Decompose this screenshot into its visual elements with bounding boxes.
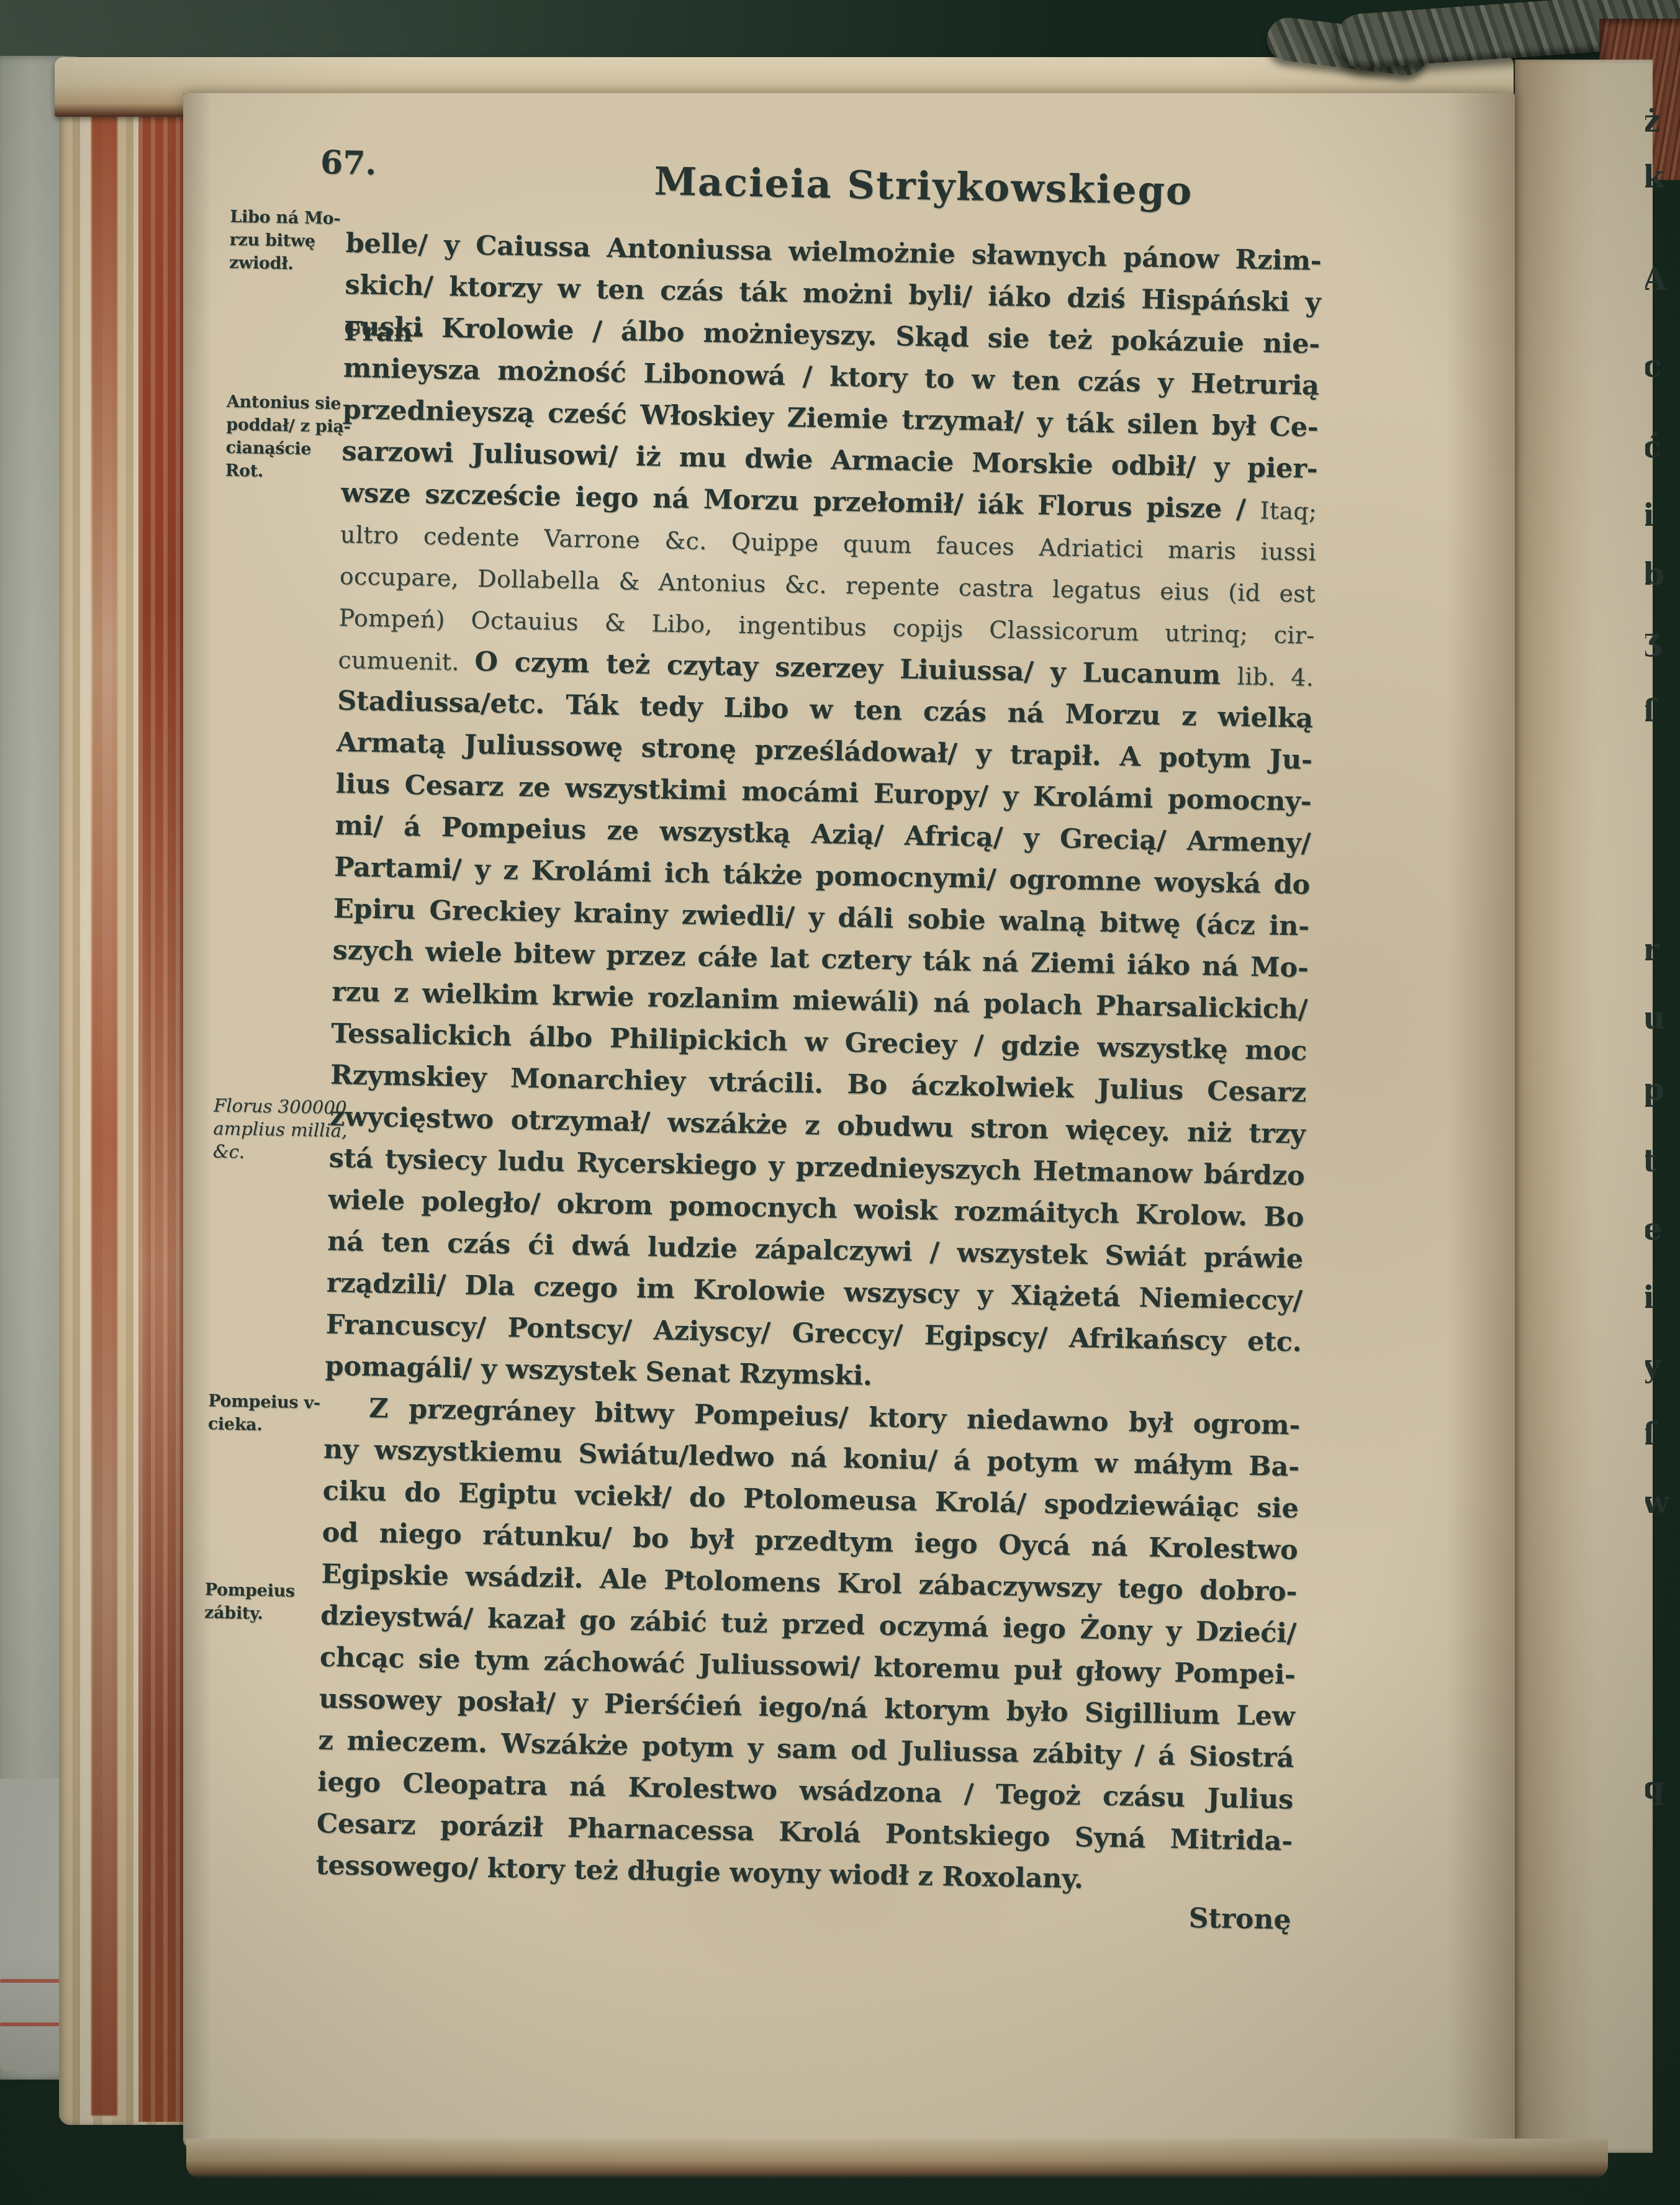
page-bottom-edge — [186, 2139, 1608, 2178]
facing-page-letter-fragment: ʒ — [1645, 621, 1660, 657]
marginal-note: Pompeiuszábity. — [204, 1578, 322, 1626]
marginal-note-line: Antonius sie — [227, 390, 344, 415]
running-header: Macieia Striykowskiego — [654, 158, 1193, 214]
facing-page-letter-fragment: i — [1645, 1279, 1655, 1315]
marginal-note-line: zábity. — [204, 1601, 322, 1626]
page: 67. Macieia Striykowskiego Libo ná Mo-rz… — [183, 93, 1515, 2148]
marginal-note-line: amplius millia, — [213, 1117, 330, 1142]
facing-page-letter-fragment: p — [1645, 1071, 1664, 1107]
facing-page-sliver — [1515, 60, 1653, 2153]
blackletter-text-segment: pomagáli/ y wszystek Senat Rzymski. — [325, 1351, 872, 1392]
marginal-note-line: Florus 300000 — [214, 1094, 331, 1119]
facing-page-letter-fragment: e — [1645, 1211, 1663, 1247]
latin-text-segment: lib. 4. — [1237, 663, 1314, 692]
marginal-note: Florus 300000amplius millia,&c. — [213, 1094, 331, 1165]
facing-page-letter-fragment: ſ — [1645, 1415, 1656, 1452]
marginal-note-line: Libo ná Mo- — [230, 205, 347, 230]
marginal-note: Pompeius v-cieka. — [207, 1389, 325, 1437]
facing-page-letter-fragment: t — [1645, 1142, 1657, 1179]
facing-page-text-fragments: żkAcćibʒſrupteiyſwq — [1645, 59, 1680, 2126]
facing-page-letter-fragment: q — [1645, 1769, 1664, 1806]
marginal-note: Antonius siepoddał/ z pią-cianąścieRot. — [225, 390, 344, 484]
facing-page-letter-fragment: u — [1645, 999, 1665, 1036]
facing-page-letter-fragment: i — [1645, 497, 1655, 533]
book-scan: żkAcćibʒſrupteiyſwq 67. Macieia Striykow… — [0, 0, 1680, 2205]
facing-page-letter-fragment: ć — [1645, 428, 1661, 465]
marginal-note-line: zwiodł. — [229, 251, 346, 276]
facing-page-letter-fragment: ż — [1645, 102, 1660, 139]
marginal-note-line: cieka. — [207, 1412, 325, 1437]
body-text: belle/ y Caiussa Antoniussa wielmożnie s… — [315, 223, 1322, 1904]
facing-page-letter-fragment: ſ — [1645, 692, 1656, 729]
marginal-note: Libo ná Mo-rzu bitwęzwiodł. — [229, 205, 347, 276]
marginal-note-line: poddał/ z pią- — [226, 413, 343, 438]
page-number: 67. — [320, 143, 377, 183]
latin-text-segment: cumuenit. — [338, 646, 475, 676]
latin-text-segment: Itaq; — [1260, 497, 1317, 525]
marginal-note-line: rzu bitwę — [229, 228, 346, 253]
facing-page-letter-fragment: w — [1645, 1484, 1669, 1520]
edge-red-stain — [91, 86, 117, 2116]
cover-red-rule — [0, 1979, 67, 1983]
cover-red-rule — [0, 2022, 62, 2026]
facing-page-letter-fragment: b — [1645, 556, 1664, 592]
marginal-note-line: Pompeius v- — [208, 1389, 325, 1414]
printed-content: 67. Macieia Striykowskiego Libo ná Mo-rz… — [146, 92, 1515, 2171]
marginal-note-line: &c. — [213, 1140, 330, 1165]
marginal-note-line: cianąście — [225, 436, 343, 461]
facing-page-letter-fragment: A — [1645, 261, 1667, 297]
scan-top-shadow — [0, 0, 1055, 62]
marginal-note-line: Rot. — [225, 459, 343, 484]
facing-page-letter-fragment: k — [1645, 158, 1664, 195]
facing-page-letter-fragment: c — [1645, 348, 1661, 384]
marginal-notes: Libo ná Mo-rzu bitwęzwiodł.Antonius siep… — [184, 92, 1515, 117]
facing-page-letter-fragment: y — [1645, 1347, 1661, 1384]
facing-page-letter-fragment: r — [1645, 931, 1659, 968]
marginal-note-line: Pompeius — [205, 1578, 322, 1603]
